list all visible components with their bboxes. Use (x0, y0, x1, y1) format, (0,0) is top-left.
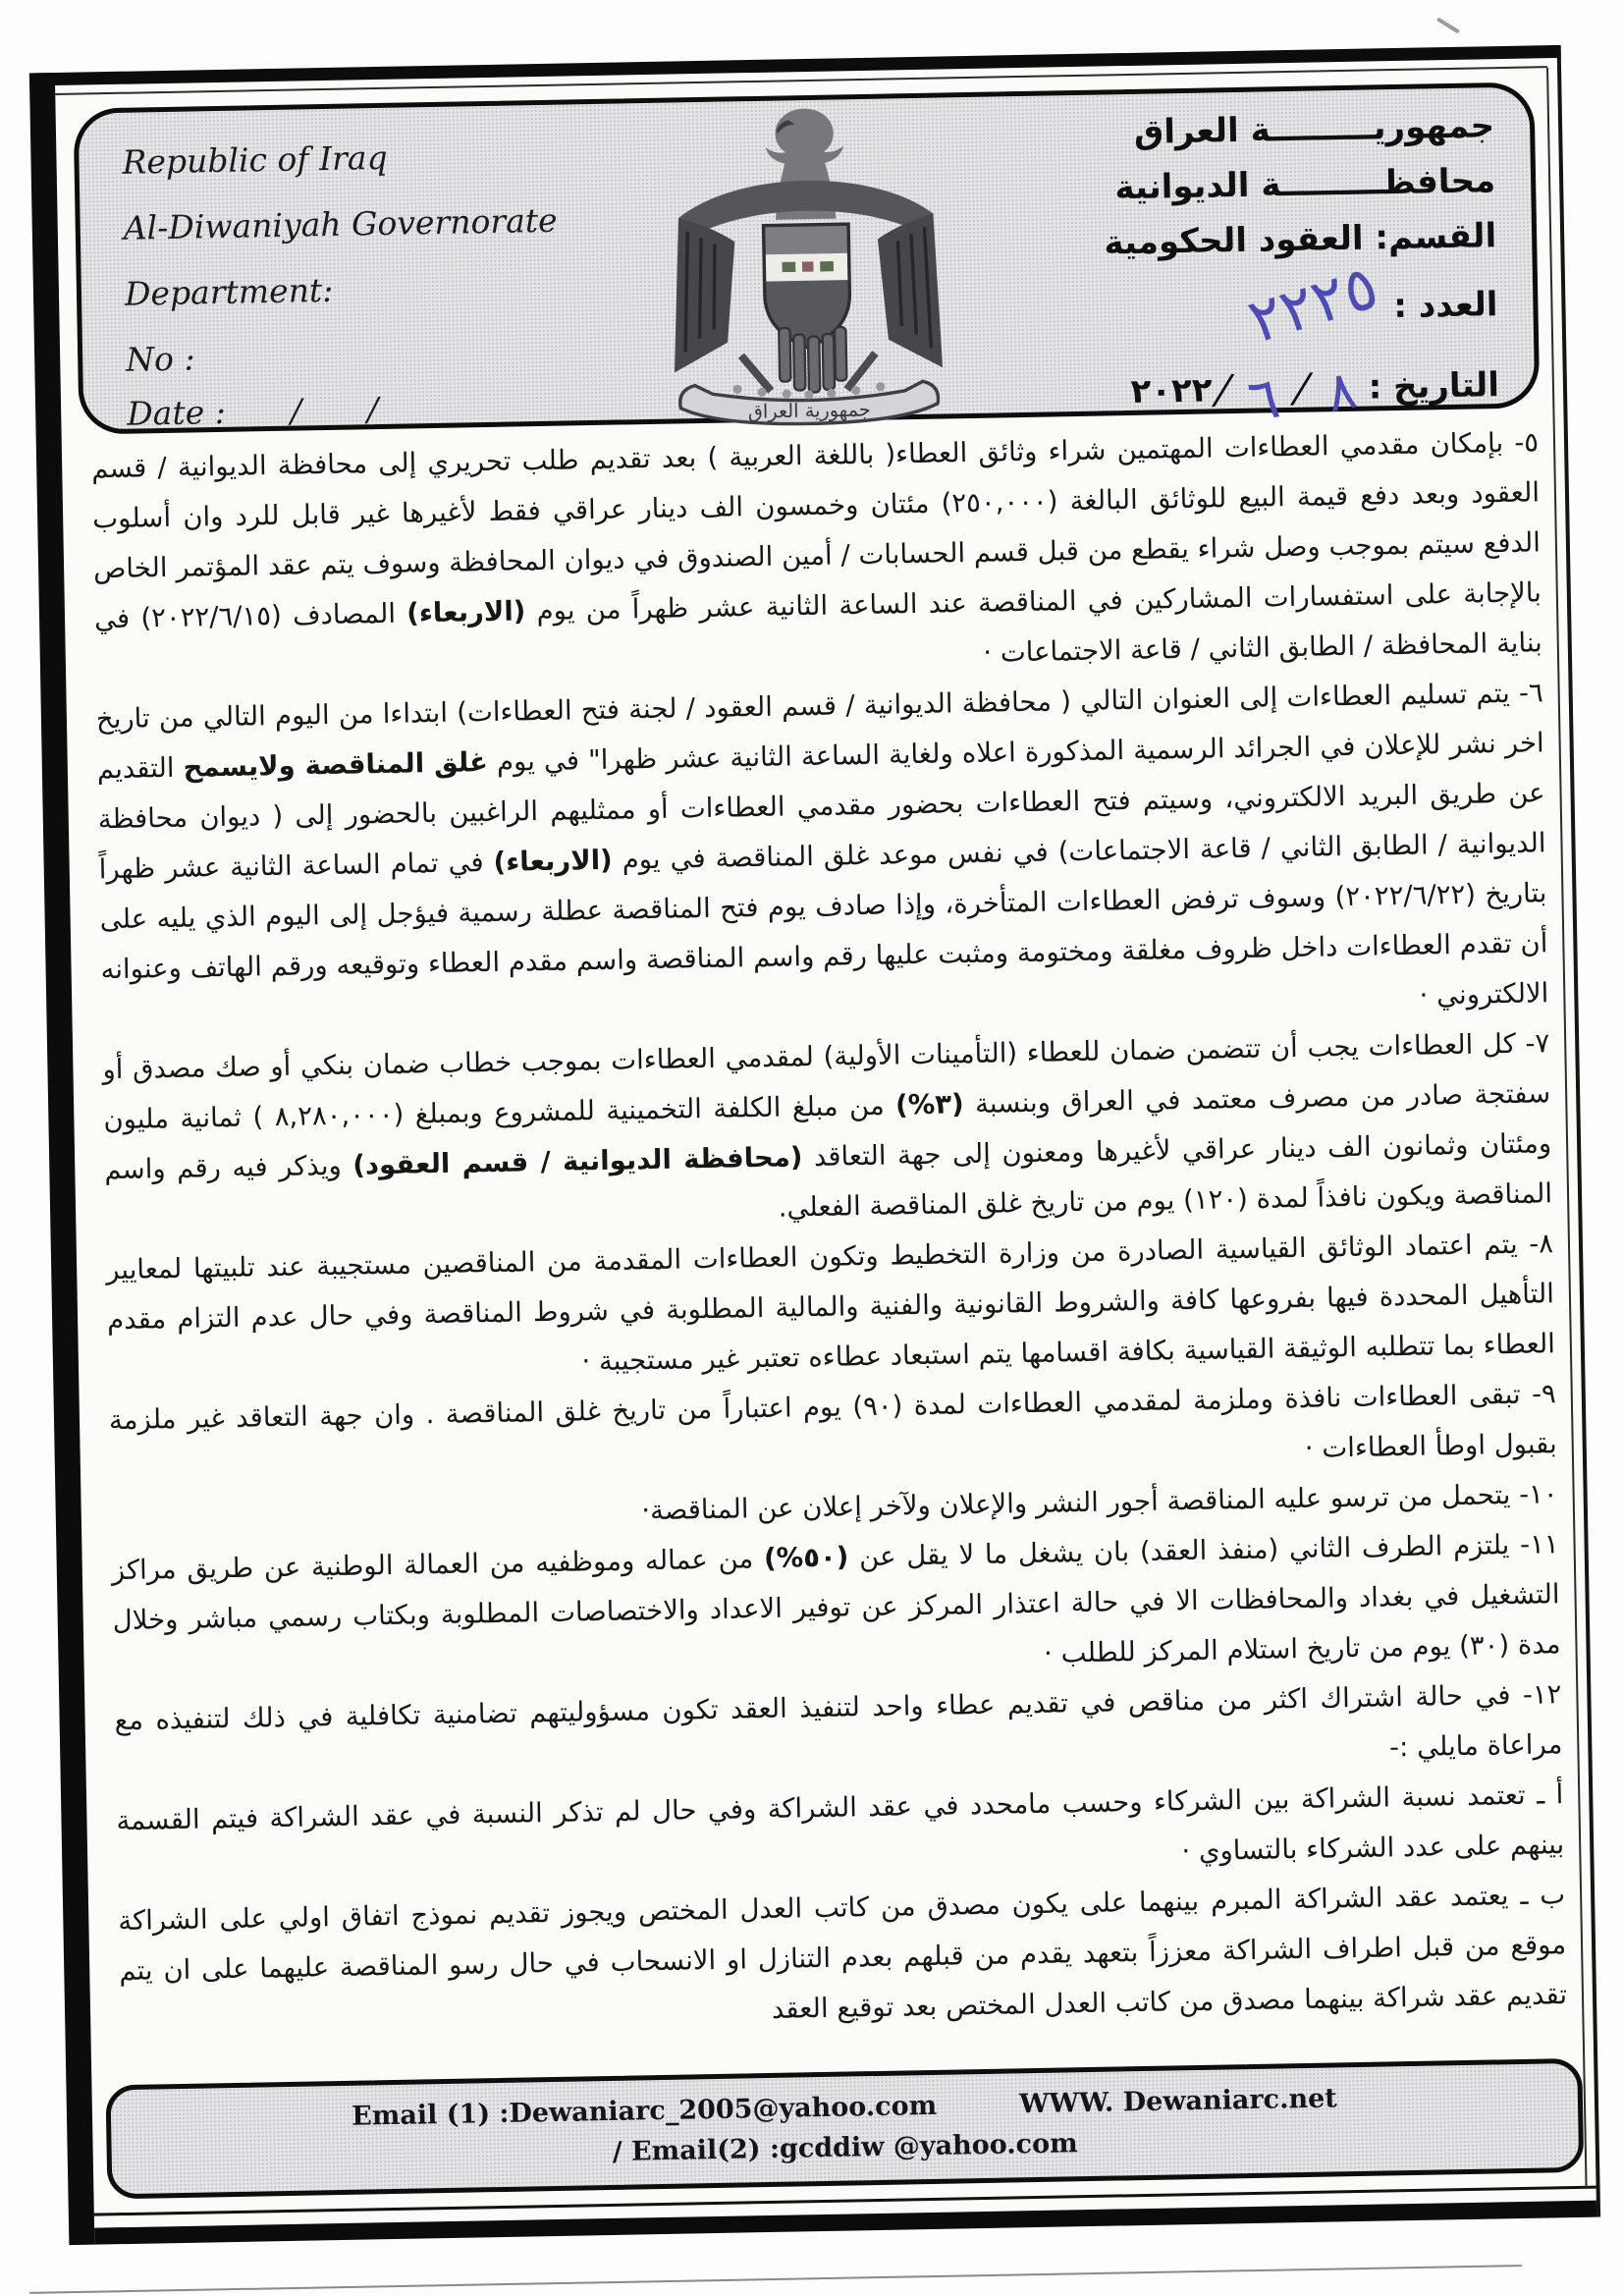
document-number-line: العدد : ٢٢٢٥ (1105, 274, 1498, 342)
emphasized-text: (محافظة الديوانية / قسم العقود) (352, 1141, 803, 1180)
emblem-banner-text: جمهورية العراق (748, 398, 871, 422)
paragraph-text: ٥- بإمكان مقدمي العطاءات المهتمين شراء و… (91, 426, 1542, 627)
footer-email-1: Email (1) :Dewaniarc_2005@yahoo.com (352, 2091, 938, 2132)
en-department-label: Department: (125, 270, 559, 310)
paragraph-text: ٩- تبقى العطاءات نافذة وملزمة لمقدمي الع… (109, 1378, 1557, 1464)
paragraph-text: ١٠- يتحمل من ترسو عليه المناقصة أجور الن… (641, 1478, 1558, 1526)
footer-website: WWW. Dewaniarc.net (1019, 2083, 1337, 2119)
handwritten-date-day: ٨ (1322, 363, 1360, 421)
handwritten-document-number: ٢٢٢٥ (1241, 256, 1384, 353)
emphasized-text: (٥٠%) (764, 1541, 849, 1574)
en-country: Republic of Iraq (122, 138, 556, 179)
paper-edge-shadow (29, 2265, 1522, 2294)
emphasized-text: (الاربعاء) (493, 845, 613, 878)
eagle-emblem-graphic: جمهورية العراق (657, 101, 957, 430)
scanned-document-page: { "header": { "en": { "country": "Republ… (0, 0, 1623, 2296)
date-slash: / (1289, 369, 1315, 409)
paragraph-text: أ ـ تعتمد نسبة الشراكة بين الشركاء وحسب … (116, 1778, 1564, 1867)
date-year: ٢٠٢٢ (1130, 373, 1213, 409)
en-governorate: Al-Diwaniyah Governorate (123, 204, 557, 245)
body-paragraph: ب ـ يعتمد عقد الشراكة المبرم بينهما على … (118, 1870, 1568, 2047)
letterhead-english: Republic of Iraq Al-Diwaniyah Governorat… (122, 138, 561, 452)
body-paragraph: ٥- بإمكان مقدمي العطاءات المهتمين شراء و… (91, 417, 1542, 694)
ar-department: القسم: العقود الحكومية (1104, 219, 1496, 259)
letterhead-arabic: جمهوريـــــــــة العراق محافظـــــــــة … (1102, 109, 1500, 442)
date-slash: / (1210, 370, 1235, 410)
document-frame: Republic of Iraq Al-Diwaniyah Governorat… (29, 45, 1600, 2245)
paragraph-text: ١١- يلتزم الطرف الثاني (منفذ العقد) بان … (848, 1528, 1559, 1572)
emphasized-text: (الاربعاء) (406, 595, 526, 629)
outer-border: Republic of Iraq Al-Diwaniyah Governorat… (29, 45, 1600, 2245)
ar-country: جمهوريـــــــــة العراق (1102, 109, 1494, 149)
document-date-line: التاريخ : ٨ / ٦ / ٢٠٢٢ (1107, 356, 1500, 420)
en-no-label: No : (126, 336, 560, 376)
footer-contact-box: Email (1) :Dewaniarc_2005@yahoo.comWWW. … (105, 2058, 1584, 2200)
footer-gap (937, 2112, 1019, 2114)
date-slash: / (364, 393, 382, 425)
letterhead: Republic of Iraq Al-Diwaniyah Governorat… (74, 82, 1541, 434)
emphasized-text: (٣%) (895, 1088, 964, 1121)
footer-email-2: / Email(2) :gcddiw @yahoo.com (613, 2128, 1078, 2167)
document-body: ٥- بإمكان مقدمي العطاءات المهتمين شراء و… (62, 413, 1594, 2076)
body-paragraph: ٨- يتم اعتماد الوثائق القياسية الصادرة م… (106, 1219, 1556, 1395)
iraq-eagle-emblem: جمهورية العراق (657, 101, 957, 434)
handwritten-date-month: ٦ (1244, 368, 1283, 429)
en-date-label: Date : (127, 393, 226, 433)
paragraph-text: ب ـ يعتمد عقد الشراكة المبرم بينهما على … (118, 1879, 1567, 2025)
body-paragraph: ١١- يلتزم الطرف الثاني (منفذ العقد) بان … (111, 1519, 1561, 1696)
pen-mark (1436, 17, 1460, 33)
paragraph-text: ٨- يتم اعتماد الوثائق القياسية الصادرة م… (106, 1228, 1555, 1377)
date-label: التاريخ : (1368, 368, 1499, 404)
number-label: العدد : (1393, 288, 1498, 323)
body-paragraph: ٧- كل العطاءات يجب أن تتضمن ضمان للعطاء … (102, 1018, 1552, 1245)
body-paragraph: ٦- يتم تسليم العطاءات إلى العنوان التالي… (95, 668, 1548, 1045)
date-slash: / (288, 394, 305, 426)
emphasized-text: غلق المناقصة ولايسمح (183, 746, 488, 784)
en-date-line: Date : / / (127, 390, 561, 430)
ar-governorate: محافظـــــــــة الديوانية (1103, 164, 1495, 204)
